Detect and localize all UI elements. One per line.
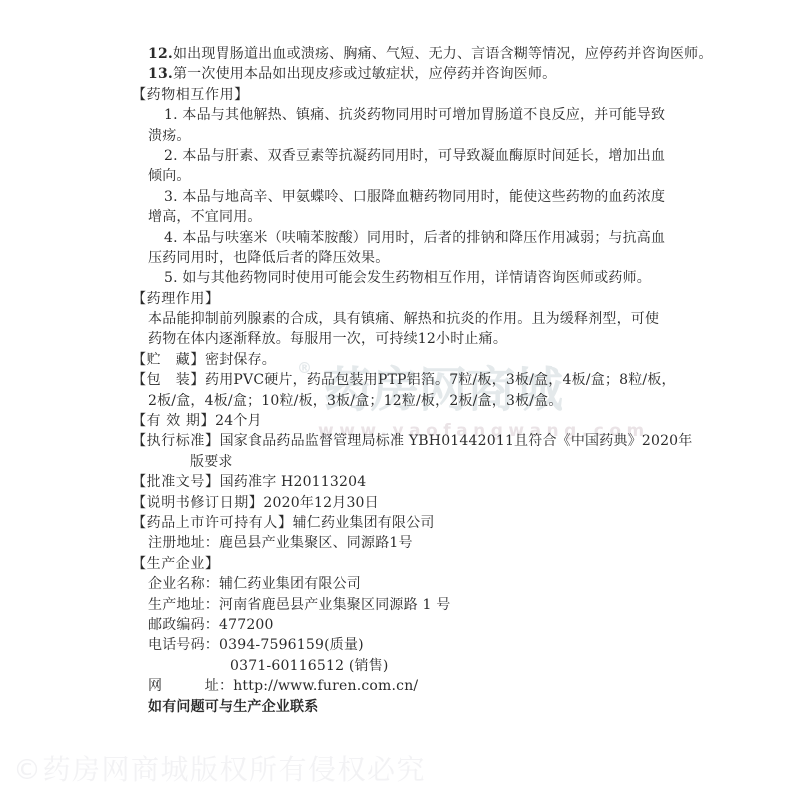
line-text: 2020年12月30日 <box>263 495 378 511</box>
drug-leaflet-page: ® 药房网商城 www.yaofangwang.com 12.如出现胃肠道出血或… <box>0 0 800 800</box>
document-line: 药物在体内逐渐释放。每服用一次，可持续12小时止痛。 <box>130 329 685 349</box>
line-text: 本品能抑制前列腺素的合成，具有镇痛、解热和抗炎的作用。且为缓释剂型，可使 <box>148 311 659 327</box>
document-line: 生产地址：河南省鹿邑县产业集聚区同源路 1 号 <box>130 595 685 615</box>
document-line: 溃疡。 <box>130 126 685 146</box>
line-text: 生产地址：河南省鹿邑县产业集聚区同源路 1 号 <box>148 597 450 613</box>
document-line: 企业名称：辅仁药业集团有限公司 <box>130 574 685 594</box>
line-number-prefix: 12. <box>148 46 173 62</box>
section-label: 【药理作用】 <box>132 291 220 307</box>
line-text: 2. 本品与肝素、双香豆素等抗凝药同用时，可导致凝血酶原时间延长，增加出血 <box>164 148 665 164</box>
document-line: 【药物相互作用】 <box>130 85 685 105</box>
line-text: 如有问题可与生产企业联系 <box>148 699 318 715</box>
line-text: 3. 本品与地高辛、甲氨蝶呤、口服降血糖药物同用时，能使这些药物的血药浓度 <box>164 189 665 205</box>
line-text: 增高，不宜同用。 <box>148 209 262 225</box>
document-line: 1. 本品与其他解热、镇痛、抗炎药物同用时可增加胃肠道不良反应，并可能导致 <box>130 105 685 125</box>
document-line: 【药品上市许可持有人】辅仁药业集团有限公司 <box>130 513 685 533</box>
document-line: 【药理作用】 <box>130 289 685 309</box>
line-text: 电话号码：0394-7596159(质量) <box>148 637 364 653</box>
line-text: 压药同用时，也降低后者的降压效果。 <box>148 250 389 266</box>
document-line: 【包 装】药用PVC硬片，药品包装用PTP铝箔。7粒/板，3板/盒，4板/盒；8… <box>130 370 685 390</box>
line-text: 4. 本品与呋塞米（呋喃苯胺酸）同用时，后者的排钠和降压作用减弱；与抗高血 <box>164 230 665 246</box>
document-line: 【有 效 期】24个月 <box>130 411 685 431</box>
leaflet-text-block: 12.如出现胃肠道出血或溃疡、胸痛、气短、无力、言语含糊等情况，应停药并咨询医师… <box>130 44 685 717</box>
document-line: 【执行标准】国家食品药品监督管理局标准 YBH01442011且符合《中国药典》… <box>130 431 685 451</box>
line-text: 密封保存。 <box>205 352 276 368</box>
document-line: 0371-60116512 (销售) <box>130 656 685 676</box>
section-label: 【执行标准】 <box>132 433 220 449</box>
document-line: 13.第一次使用本品如出现皮疹或过敏症状，应停药并咨询医师。 <box>130 64 685 84</box>
document-line: 4. 本品与呋塞米（呋喃苯胺酸）同用时，后者的排钠和降压作用减弱；与抗高血 <box>130 228 685 248</box>
line-text: 药用PVC硬片，药品包装用PTP铝箔。7粒/板，3板/盒，4板/盒；8粒/板， <box>205 372 676 388</box>
line-text: 版要求 <box>190 454 233 470</box>
document-line: 电话号码：0394-7596159(质量) <box>130 635 685 655</box>
document-line: 3. 本品与地高辛、甲氨蝶呤、口服降血糖药物同用时，能使这些药物的血药浓度 <box>130 187 685 207</box>
document-line: 注册地址：鹿邑县产业集聚区、同源路1号 <box>130 533 685 553</box>
line-text: 0371-60116512 (销售) <box>230 658 389 674</box>
document-line: 【生产企业】 <box>130 554 685 574</box>
document-line: 12.如出现胃肠道出血或溃疡、胸痛、气短、无力、言语含糊等情况，应停药并咨询医师… <box>130 44 685 64</box>
document-line: 版要求 <box>130 452 685 472</box>
line-text: 倾向。 <box>148 168 191 184</box>
document-line: 如有问题可与生产企业联系 <box>130 697 685 717</box>
line-text: 企业名称：辅仁药业集团有限公司 <box>148 576 361 592</box>
line-text: 溃疡。 <box>148 128 191 144</box>
section-label: 【包 装】 <box>132 372 205 388</box>
section-label: 【贮 藏】 <box>132 352 205 368</box>
watermark-copyright: ©药房网商城版权所有侵权必究 <box>13 748 426 788</box>
document-line: 2. 本品与肝素、双香豆素等抗凝药同用时，可导致凝血酶原时间延长，增加出血 <box>130 146 685 166</box>
line-text: 国药准字 H20113204 <box>220 474 367 490</box>
line-text: 第一次使用本品如出现皮疹或过敏症状，应停药并咨询医师。 <box>173 66 556 82</box>
section-label: 【药品上市许可持有人】 <box>132 515 293 531</box>
document-line: 压药同用时，也降低后者的降压效果。 <box>130 248 685 268</box>
document-line: 2板/盒，4板/盒；10粒/板，3板/盒；12粒/板，2板/盒，3板/盒。 <box>130 391 685 411</box>
line-text: 1. 本品与其他解热、镇痛、抗炎药物同用时可增加胃肠道不良反应，并可能导致 <box>164 107 665 123</box>
line-text: 注册地址：鹿邑县产业集聚区、同源路1号 <box>148 535 413 551</box>
document-line: 邮政编码：477200 <box>130 615 685 635</box>
section-label: 【药物相互作用】 <box>132 87 249 103</box>
section-label: 【批准文号】 <box>132 474 220 490</box>
line-text: 邮政编码：477200 <box>148 617 274 633</box>
line-text: 如出现胃肠道出血或溃疡、胸痛、气短、无力、言语含糊等情况，应停药并咨询医师。 <box>173 46 713 62</box>
line-text: 24个月 <box>215 413 262 429</box>
document-line: 【说明书修订日期】2020年12月30日 <box>130 493 685 513</box>
document-line: 【批准文号】国药准字 H20113204 <box>130 472 685 492</box>
section-label: 【有 效 期】 <box>132 413 215 429</box>
line-text: 网 址：http://www.furen.com.cn/ <box>148 678 418 694</box>
section-label: 【生产企业】 <box>132 556 220 572</box>
document-line: 5. 如与其他药物同时使用可能会发生药物相互作用，详情请咨询医师或药师。 <box>130 268 685 288</box>
line-text: 5. 如与其他药物同时使用可能会发生药物相互作用，详情请咨询医师或药师。 <box>164 270 651 286</box>
document-line: 本品能抑制前列腺素的合成，具有镇痛、解热和抗炎的作用。且为缓释剂型，可使 <box>130 309 685 329</box>
line-text: 2板/盒，4板/盒；10粒/板，3板/盒；12粒/板，2板/盒，3板/盒。 <box>148 393 563 409</box>
line-text: 国家食品药品监督管理局标准 YBH01442011且符合《中国药典》2020年 <box>220 433 693 449</box>
line-text: 药物在体内逐渐释放。每服用一次，可持续12小时止痛。 <box>148 331 507 347</box>
document-line: 网 址：http://www.furen.com.cn/ <box>130 676 685 696</box>
line-number-prefix: 13. <box>148 66 173 82</box>
document-line: 倾向。 <box>130 166 685 186</box>
document-line: 增高，不宜同用。 <box>130 207 685 227</box>
document-line: 【贮 藏】密封保存。 <box>130 350 685 370</box>
section-label: 【说明书修订日期】 <box>132 495 263 511</box>
line-text: 辅仁药业集团有限公司 <box>293 515 435 531</box>
